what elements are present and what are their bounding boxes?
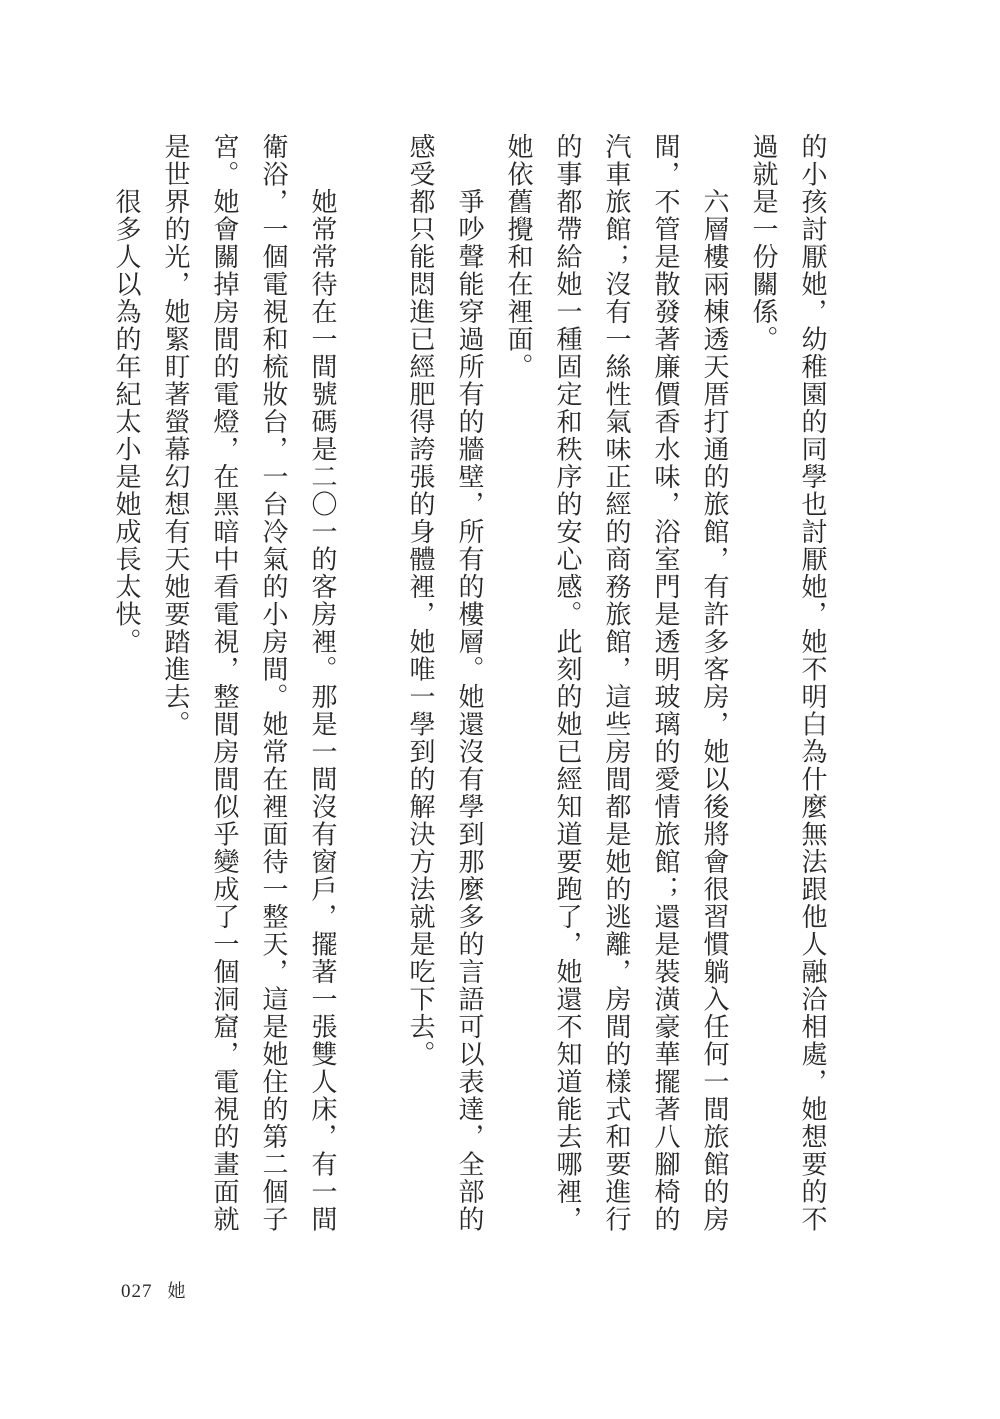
page-number: 027 — [121, 1281, 153, 1303]
paragraph: 的小孩討厭她，幼稚園的同學也討厭她，她不明白為什麼無法跟他人融洽相處，她想要的不… — [739, 133, 837, 1235]
running-title: 她 — [168, 1277, 186, 1303]
page-footer: 027 她 — [121, 1277, 186, 1303]
paragraph: 六層樓兩棟透天厝打通的旅館，有許多客房，她以後將會很習慣躺入任何一間旅館的房間，… — [494, 133, 739, 1235]
paragraph: 爭吵聲能穿過所有的牆壁，所有的樓層。她還沒有學到那麼多的言語可以表達，全部的感受… — [396, 133, 494, 1235]
paragraph: 很多人以為的年紀太小是她成長太快。 — [102, 133, 151, 1235]
paragraph: 她常常待在一間號碼是二〇一的客房裡。那是一間沒有窗戶，擺著一張雙人床，有一間衛浴… — [151, 133, 347, 1235]
vertical-text-block: 的小孩討厭她，幼稚園的同學也討厭她，她不明白為什麼無法跟他人融洽相處，她想要的不… — [102, 133, 837, 1235]
book-page: 的小孩討厭她，幼稚園的同學也討厭她，她不明白為什麼無法跟他人融洽相處，她想要的不… — [0, 0, 1000, 1419]
